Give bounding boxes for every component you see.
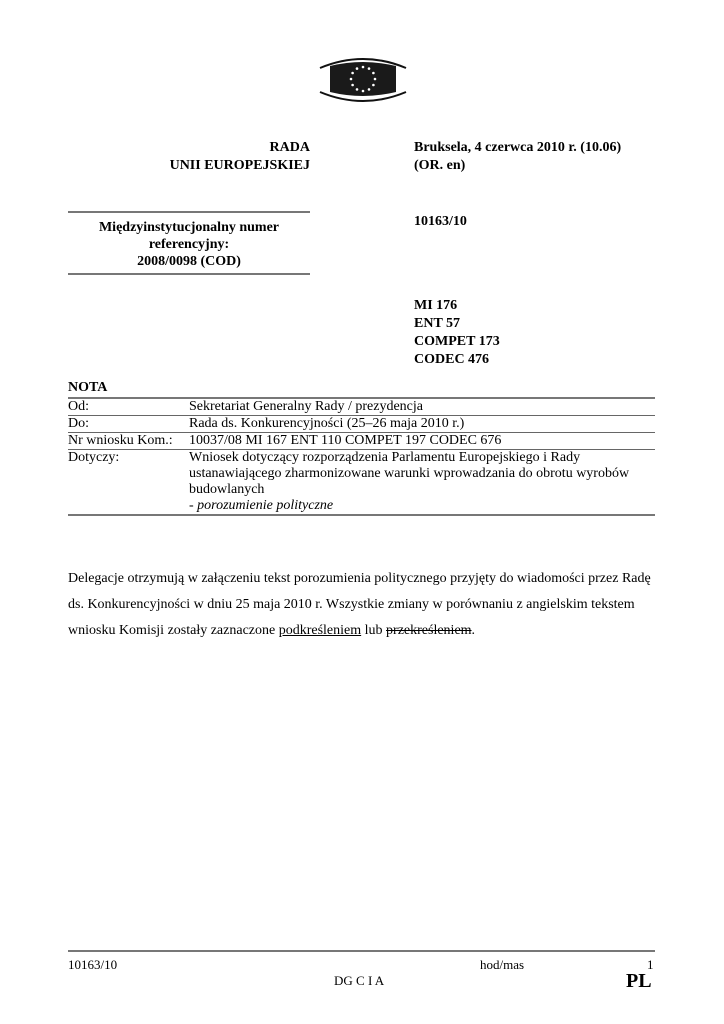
issuer-line1: RADA [68,139,310,157]
interinstitutional-line1: Międzyinstytucjonalny numer [68,219,310,236]
nota-value: Sekretariat Generalny Rady / prezydencja [189,398,655,416]
nota-label: Dotyczy: [68,450,189,516]
place-date: Bruksela, 4 czerwca 2010 r. (10.06) [414,139,621,157]
original-language: (OR. en) [414,157,621,175]
nota-table: Od: Sekretariat Generalny Rady / prezyde… [68,397,655,516]
footer-doc-number: 10163/10 [68,957,117,973]
nota-label: Do: [68,416,189,433]
code-codec: CODEC 476 [414,351,500,369]
body-connector: lub [361,623,386,638]
document-number: 10163/10 [414,213,467,231]
nota-row-proposal: Nr wniosku Kom.: 10037/08 MI 167 ENT 110… [68,433,655,450]
issuer-line2: UNII EUROPEJSKIEJ [68,157,310,175]
body-paragraph: Delegacje otrzymują w załączeniu tekst p… [68,566,658,644]
footer-language: PL [626,970,652,993]
code-ent: ENT 57 [414,315,500,333]
code-mi: MI 176 [414,297,500,315]
divider-bottom [68,273,310,275]
nota-value: 10037/08 MI 167 ENT 110 COMPET 197 CODEC… [189,433,655,450]
nota-value: Wniosek dotyczący rozporządzenia Parlame… [189,450,655,516]
footer-initials: hod/mas [480,957,524,973]
eu-council-logo-icon [318,54,408,104]
classification-codes: MI 176 ENT 57 COMPET 173 CODEC 476 [414,297,500,369]
interinstitutional-reference: Międzyinstytucjonalny numer referencyjny… [68,219,310,270]
interinstitutional-line3: 2008/0098 (COD) [68,253,310,270]
divider-top [68,211,310,213]
issuer-block: RADA UNII EUROPEJSKIEJ [68,139,310,175]
strikethrough-example: przekreśleniem [386,623,472,638]
footer-dg: DG C I A [334,973,384,989]
nota-label: Od: [68,398,189,416]
nota-row-subject: Dotyczy: Wniosek dotyczący rozporządzeni… [68,450,655,516]
underline-example: podkreśleniem [279,623,361,638]
place-date-block: Bruksela, 4 czerwca 2010 r. (10.06) (OR.… [414,139,621,175]
body-end: . [472,623,476,638]
subject-text: Wniosek dotyczący rozporządzenia Parlame… [189,450,651,498]
interinstitutional-line2: referencyjny: [68,236,310,253]
nota-row-from: Od: Sekretariat Generalny Rady / prezyde… [68,398,655,416]
nota-value: Rada ds. Konkurencyjności (25–26 maja 20… [189,416,655,433]
footer-divider [68,950,655,952]
nota-label: Nr wniosku Kom.: [68,433,189,450]
code-compet: COMPET 173 [414,333,500,351]
nota-title: NOTA [68,380,107,396]
nota-row-to: Do: Rada ds. Konkurencyjności (25–26 maj… [68,416,655,433]
subject-note: - porozumienie polityczne [189,498,651,514]
